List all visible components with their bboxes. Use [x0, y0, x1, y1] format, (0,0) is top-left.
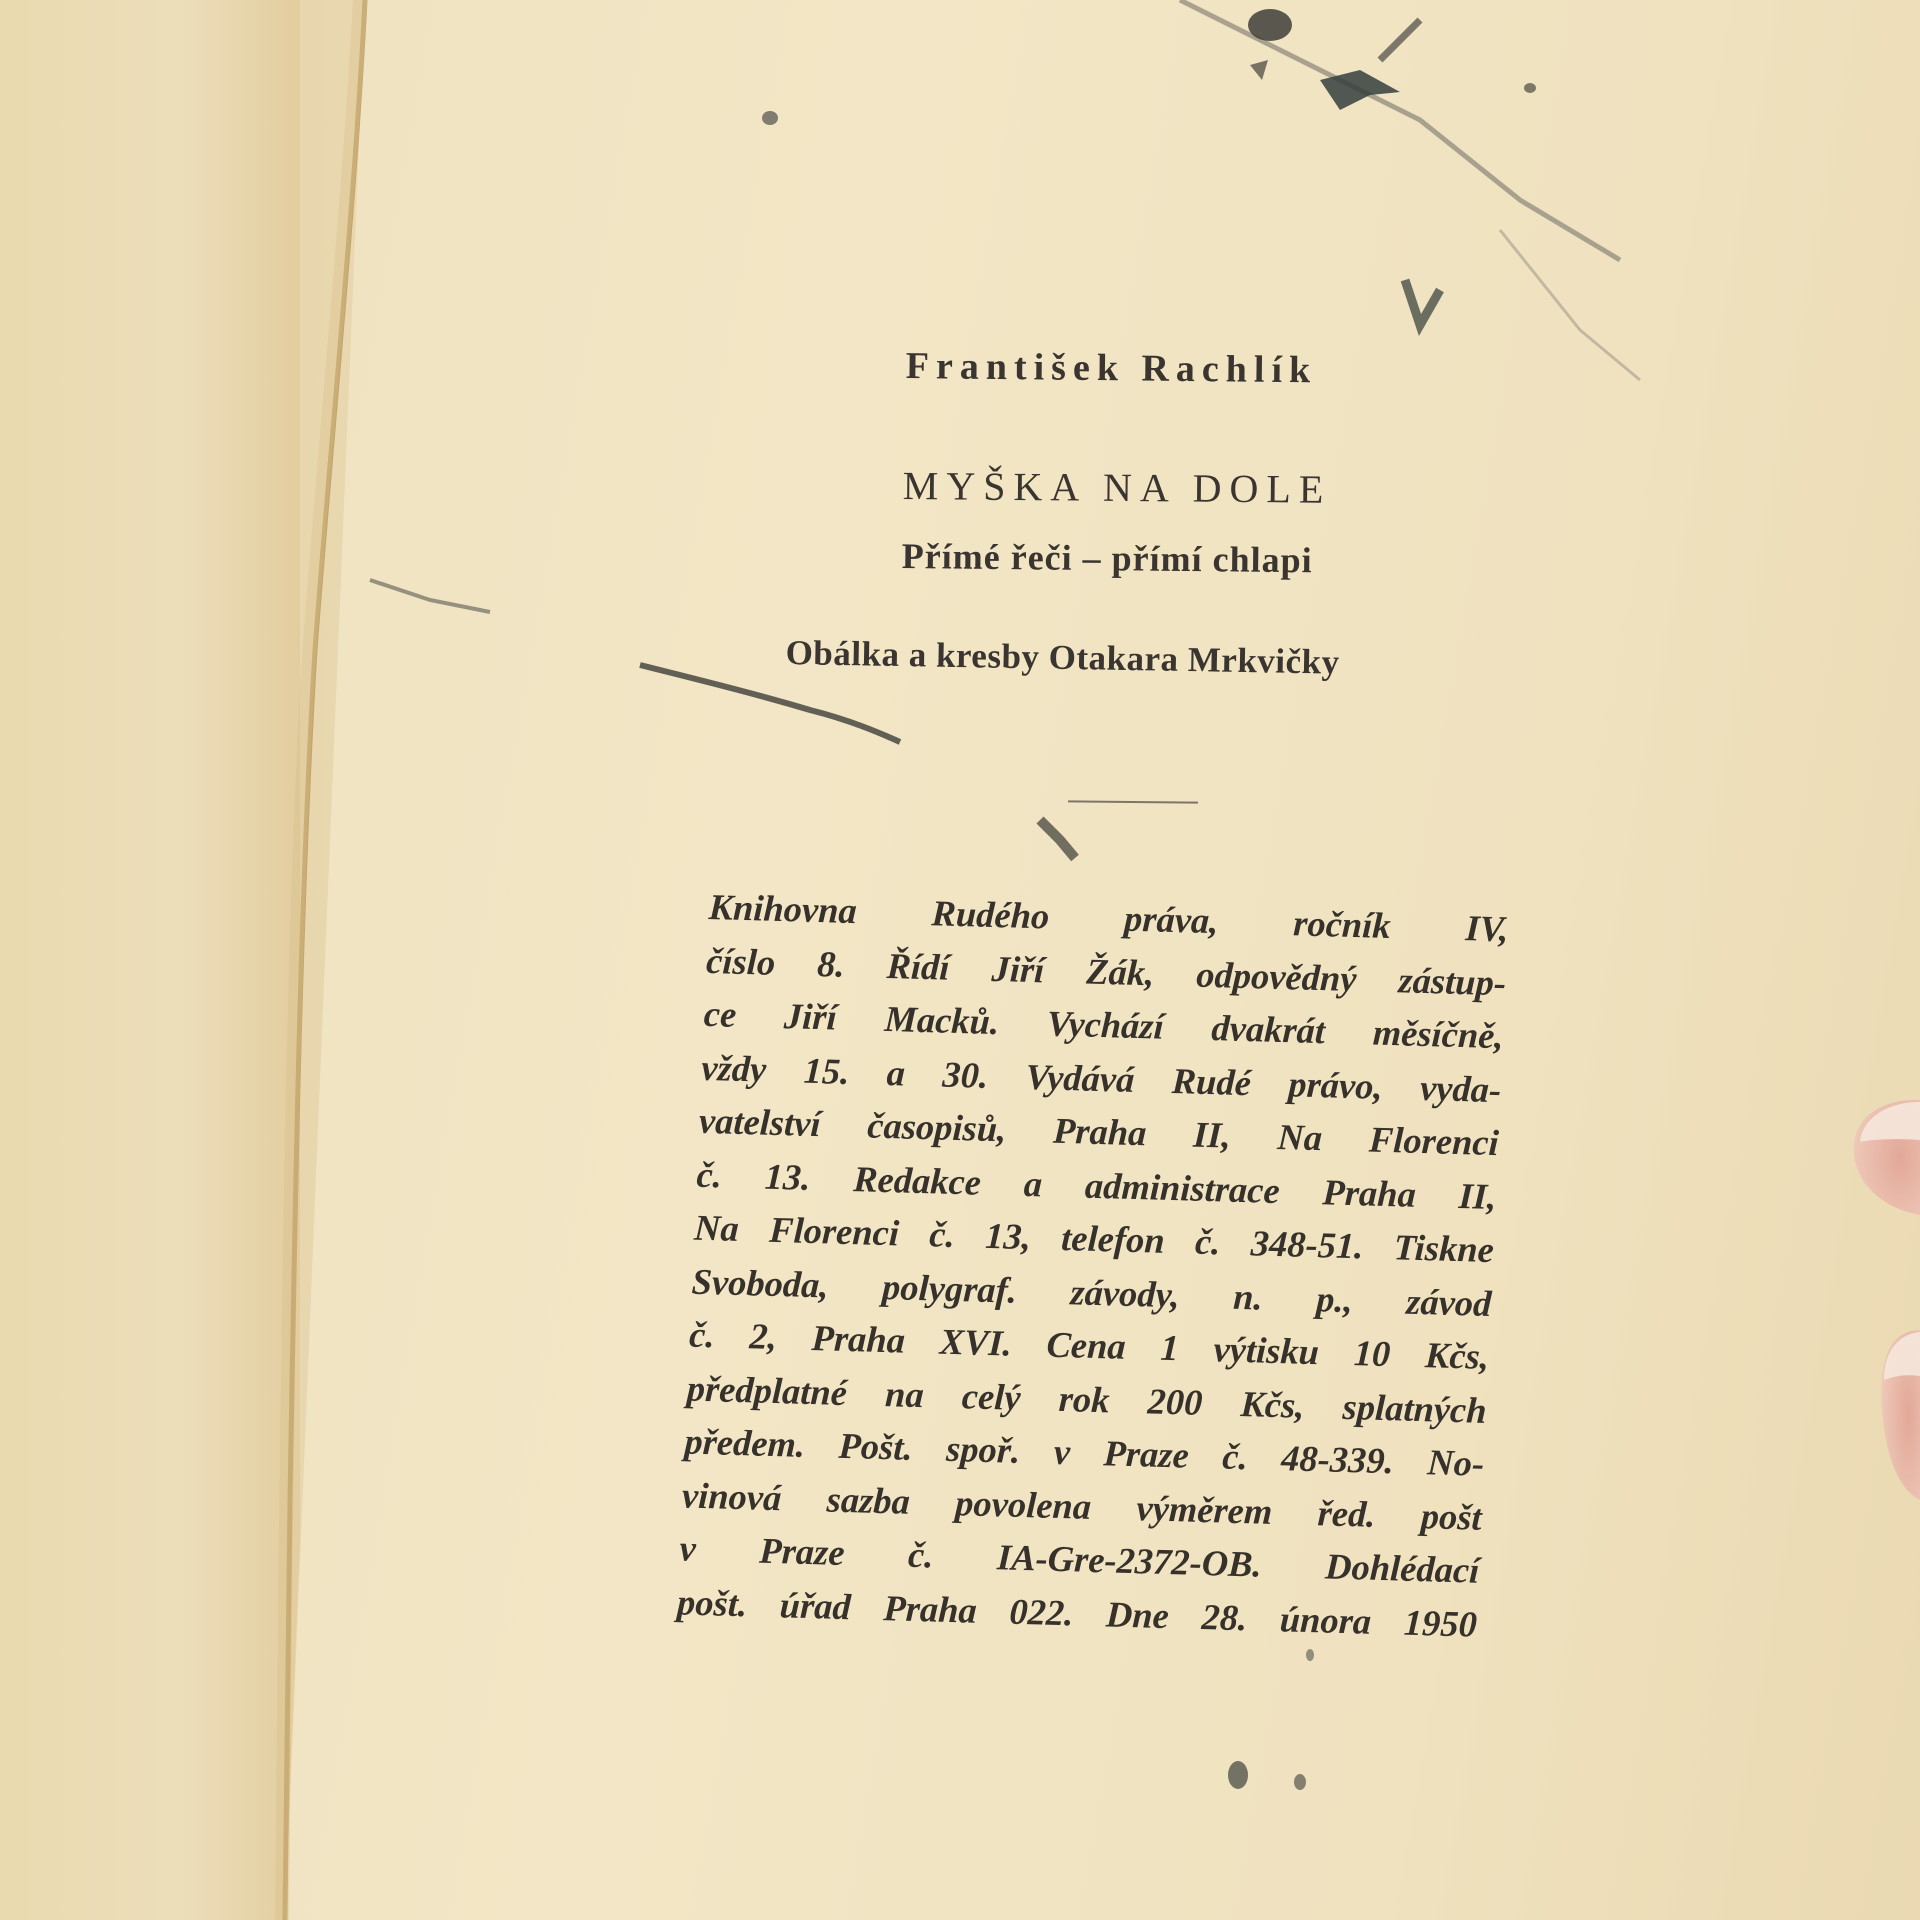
book-title: MYŠKA NA DOLE — [903, 462, 1332, 513]
imprint-block: Knihovna Rudého práva, ročník IV, číslo … — [676, 880, 1530, 1651]
author-name: František Rachlík — [906, 344, 1318, 392]
open-book-photo: František Rachlík MYŠKA NA DOLE Přímé ře… — [0, 0, 1920, 1920]
left-page — [0, 0, 300, 1920]
book-subtitle: Přímé řeči – přímí chlapi — [902, 535, 1313, 581]
